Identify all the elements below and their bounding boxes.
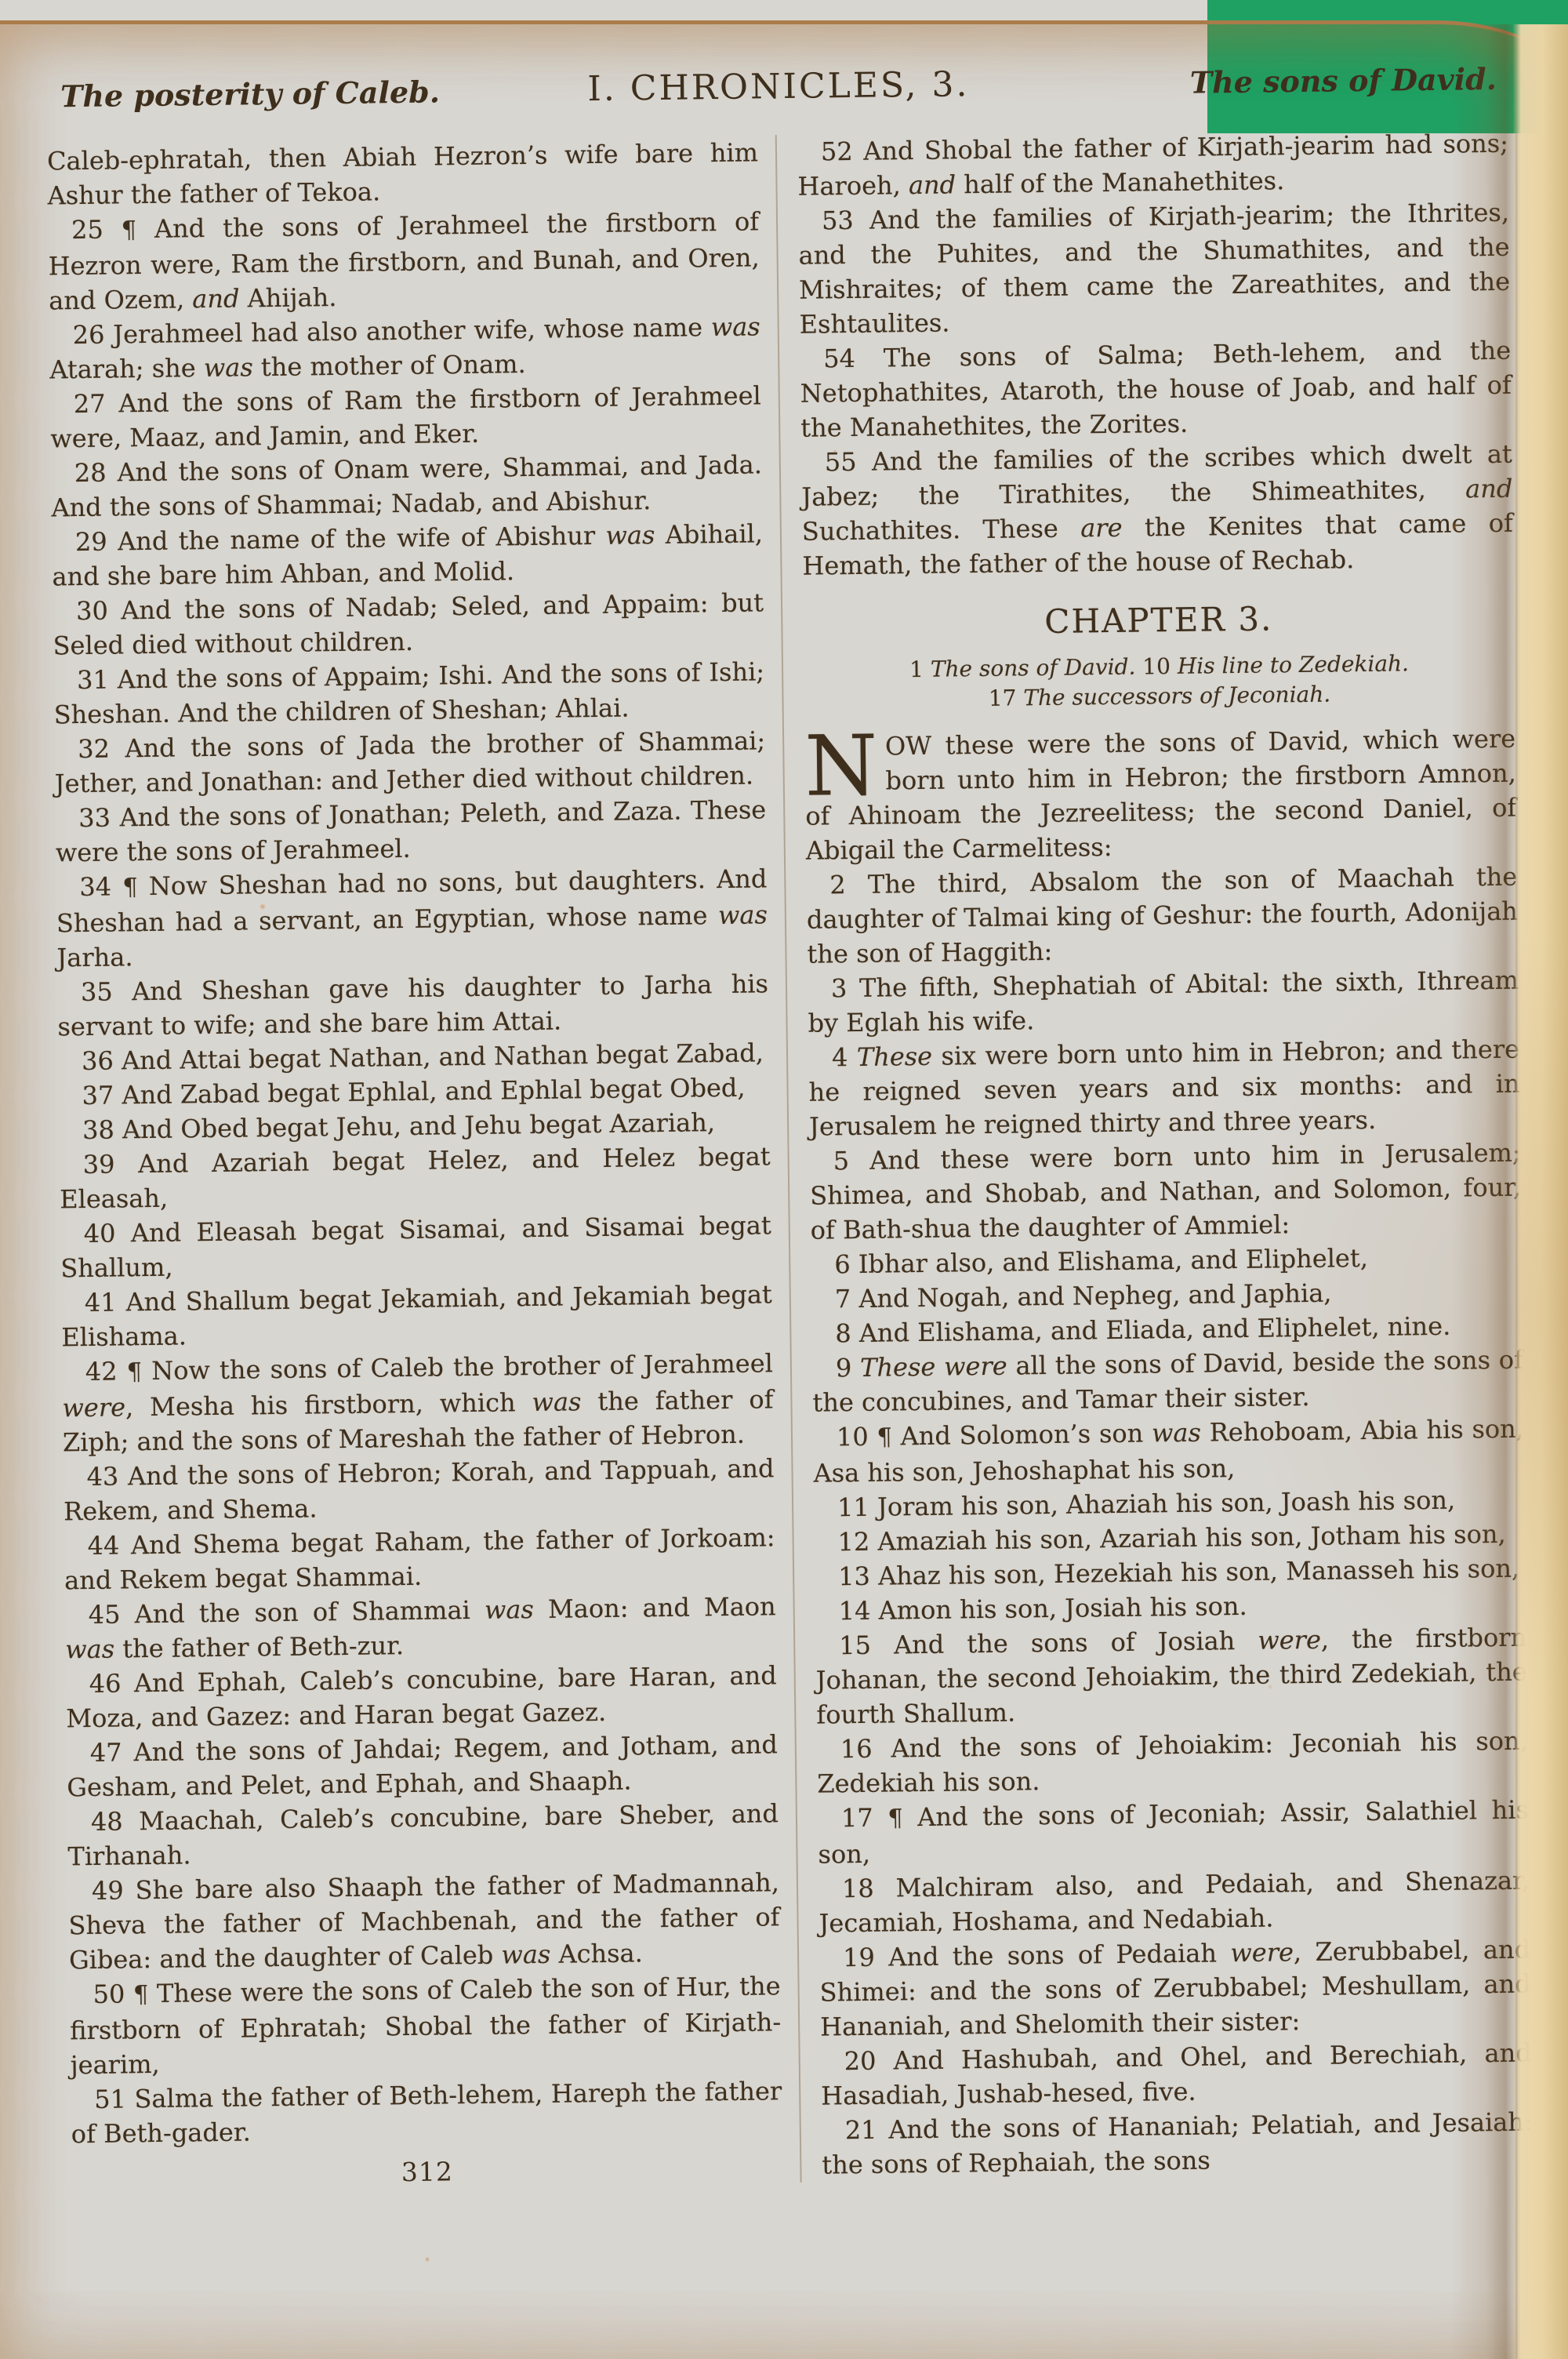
verse: 35 And Sheshan gave his daughter to Jarh… — [57, 966, 769, 1044]
verse: Caleb-ephratah, then Abiah Hezron’s wife… — [47, 135, 759, 213]
verse-number: 16 — [840, 1734, 873, 1764]
verse-number: 37 — [82, 1081, 114, 1110]
verse-number: 27 — [74, 389, 106, 419]
verse-number: 38 — [82, 1115, 114, 1145]
verse-number: 48 — [91, 1806, 123, 1836]
verse-number: 29 — [75, 527, 107, 557]
verse: 29 And the name of the wife of Abishur w… — [52, 516, 764, 594]
verse-number: 33 — [78, 803, 111, 833]
verse-number: 36 — [82, 1046, 114, 1076]
verse: 26 Jerahmeel had also another wife, whos… — [49, 309, 761, 387]
verse: 20 And Hashubah, and Ohel, and Berechiah… — [820, 2036, 1532, 2114]
verse: 10 ¶ And Solomon’s son was Rehoboam, Abi… — [813, 1412, 1525, 1491]
verse-number: 47 — [90, 1737, 122, 1767]
verse-number: 55 — [825, 447, 857, 477]
verse-number: 41 — [85, 1288, 117, 1318]
verse-number: 42 — [85, 1357, 118, 1387]
verse: 9 These were all the sons of David, besi… — [812, 1343, 1524, 1420]
bible-page: The posterity of Caleb. I. CHRONICLES, 3… — [0, 20, 1568, 2359]
verse-number: 45 — [88, 1599, 120, 1629]
verse: 52 And Shobal the father of Kirjath-jear… — [797, 126, 1509, 204]
verse: 4 These six were born unto him in Hebron… — [808, 1032, 1521, 1144]
verse-number: 2 — [829, 870, 846, 900]
verse: 46 And Ephah, Caleb’s concubine, bare Ha… — [66, 1658, 778, 1736]
verse: 40 And Eleasah begat Sisamai, and Sisama… — [60, 1208, 772, 1285]
verse-number: 25 — [71, 215, 103, 245]
verse: 33 And the sons of Jonathan; Peleth, and… — [55, 792, 767, 870]
verse-number: 26 — [73, 320, 105, 350]
verse-number: 17 — [841, 1803, 873, 1833]
verse-number: 8 — [835, 1318, 851, 1348]
verse-number: 32 — [78, 734, 110, 764]
verse: 25 ¶ And the sons of Jerahmeel the first… — [48, 204, 760, 318]
verse: 51 Salma the father of Beth-lehem, Harep… — [71, 2074, 782, 2151]
running-head-center: I. CHRONICLES, 3. — [509, 64, 1048, 110]
pilcrow-mark: ¶ — [127, 1358, 143, 1386]
verse-number: 40 — [84, 1219, 116, 1249]
verse-number: 39 — [82, 1150, 114, 1179]
verse-number: 3 — [831, 973, 848, 1003]
verse-number: 35 — [81, 977, 113, 1007]
chapter-summary: 1 The sons of David. 10 His line to Zede… — [804, 648, 1515, 716]
verse: 16 And the sons of Jehoiakim: Jeconiah h… — [817, 1724, 1529, 1801]
verse: 47 And the sons of Jahdai; Regem, and Jo… — [67, 1727, 779, 1805]
verse-number: 30 — [76, 596, 108, 626]
running-head-right: The sons of David. — [1047, 61, 1497, 102]
pilcrow-mark: ¶ — [877, 1423, 892, 1451]
verse: 43 And the sons of Hebron; Korah, and Ta… — [63, 1451, 775, 1528]
verse-number: 5 — [833, 1146, 849, 1176]
verse-number: 14 — [838, 1596, 870, 1626]
verse: 48 Maachah, Caleb’s concubine, bare Sheb… — [67, 1796, 779, 1874]
verse-number: 18 — [842, 1874, 874, 1903]
verse-number: 46 — [89, 1668, 122, 1698]
verse: 44 And Shema begat Raham, the father of … — [64, 1520, 775, 1598]
verse-number: 11 — [837, 1492, 869, 1522]
verse-number: 20 — [844, 2046, 877, 2076]
verse-number: 4 — [832, 1042, 848, 1072]
verse-number: 21 — [845, 2115, 877, 2145]
verse-number: 13 — [838, 1561, 870, 1591]
verse: 30 And the sons of Nadab; Seled, and App… — [53, 585, 764, 663]
verse: 55 And the families of the scribes which… — [801, 437, 1514, 583]
verse-number: 9 — [836, 1353, 852, 1383]
running-head: The posterity of Caleb. I. CHRONICLES, 3… — [46, 58, 1508, 116]
verse: 34 ¶ Now Sheshan had no sons, but daught… — [56, 861, 768, 975]
verse-number: 53 — [822, 205, 854, 235]
verse-number: 52 — [821, 136, 853, 166]
verse-number: 31 — [77, 665, 109, 695]
verse-number: 28 — [74, 458, 107, 488]
verse-number: 51 — [94, 2084, 126, 2114]
verse-number: 7 — [835, 1284, 851, 1314]
verse: 41 And Shallum begat Jekamiah, and Jekam… — [61, 1277, 773, 1354]
verse-number: 15 — [839, 1630, 871, 1660]
verse-number: 12 — [837, 1527, 869, 1557]
verse: 17 ¶ And the sons of Jeconiah; Assir, Sa… — [818, 1793, 1530, 1872]
verse-number: 6 — [834, 1249, 851, 1279]
verse: 45 And the son of Shammai was Maon: and … — [64, 1589, 776, 1667]
verse-number: 50 — [93, 1979, 125, 2008]
chapter-heading: CHAPTER 3. — [803, 597, 1515, 644]
verse: 42 ¶ Now the sons of Caleb the brother o… — [62, 1346, 775, 1459]
verse-number: 19 — [843, 1943, 875, 1972]
verse: 27 And the sons of Ram the firstborn of … — [50, 378, 762, 456]
verse: 32 And the sons of Jada the brother of S… — [54, 723, 766, 801]
running-head-left: The posterity of Caleb. — [60, 73, 510, 114]
verse-number: 10 — [837, 1422, 869, 1452]
pilcrow-mark: ¶ — [887, 1805, 903, 1832]
verse: 31 And the sons of Appaim; Ishi. And the… — [53, 654, 765, 732]
verse: 15 And the sons of Josiah were, the firs… — [815, 1620, 1528, 1732]
verse-number: 54 — [823, 343, 855, 373]
verse: 54 The sons of Salma; Beth-lehem, and th… — [800, 333, 1512, 445]
verse-number: 34 — [79, 872, 111, 902]
verse: 3 The fifth, Shephatiah of Abital: the s… — [808, 963, 1519, 1041]
page-content: The posterity of Caleb. I. CHRONICLES, 3… — [0, 15, 1568, 2192]
right-column: 52 And Shobal the father of Kirjath-jear… — [775, 126, 1534, 2183]
verse: 18 Malchiram also, and Pedaiah, and Shen… — [818, 1863, 1530, 1941]
verse-number: 44 — [87, 1531, 119, 1561]
pilcrow-mark: ¶ — [133, 1981, 149, 2008]
left-column: Caleb-ephratah, then Abiah Hezron’s wife… — [47, 135, 800, 2191]
scanned-book-photo: The posterity of Caleb. I. CHRONICLES, 3… — [0, 0, 1568, 2359]
verse: 50 ¶ These were the sons of Caleb the so… — [69, 1968, 782, 2082]
text-columns: Caleb-ephratah, then Abiah Hezron’s wife… — [47, 126, 1534, 2192]
verse: 49 She bare also Shaaph the father of Ma… — [68, 1865, 781, 1977]
verse: 2 The third, Absalom the son of Maachah … — [806, 860, 1519, 972]
page-number: 312 — [71, 2152, 782, 2191]
pilcrow-mark: ¶ — [122, 874, 138, 901]
verse: 28 And the sons of Onam were, Shammai, a… — [51, 447, 763, 525]
pilcrow-mark: ¶ — [122, 216, 137, 244]
verse: 5 And these were born unto him in Jerusa… — [809, 1136, 1522, 1248]
verse: 53 And the families of Kirjath-jearim; t… — [798, 195, 1511, 342]
verse: 39 And Azariah begat Helez, and Helez be… — [59, 1139, 771, 1216]
verse-number: 43 — [86, 1462, 118, 1492]
verse: 19 And the sons of Pedaiah were, Zerubba… — [819, 1932, 1532, 2045]
verse: 21 And the sons of Hananiah; Pelatiah, a… — [822, 2105, 1534, 2183]
drop-cap: N — [804, 729, 886, 797]
verse-number: 49 — [92, 1875, 124, 1905]
verse: NOW these were the sons of David, which … — [804, 722, 1517, 868]
